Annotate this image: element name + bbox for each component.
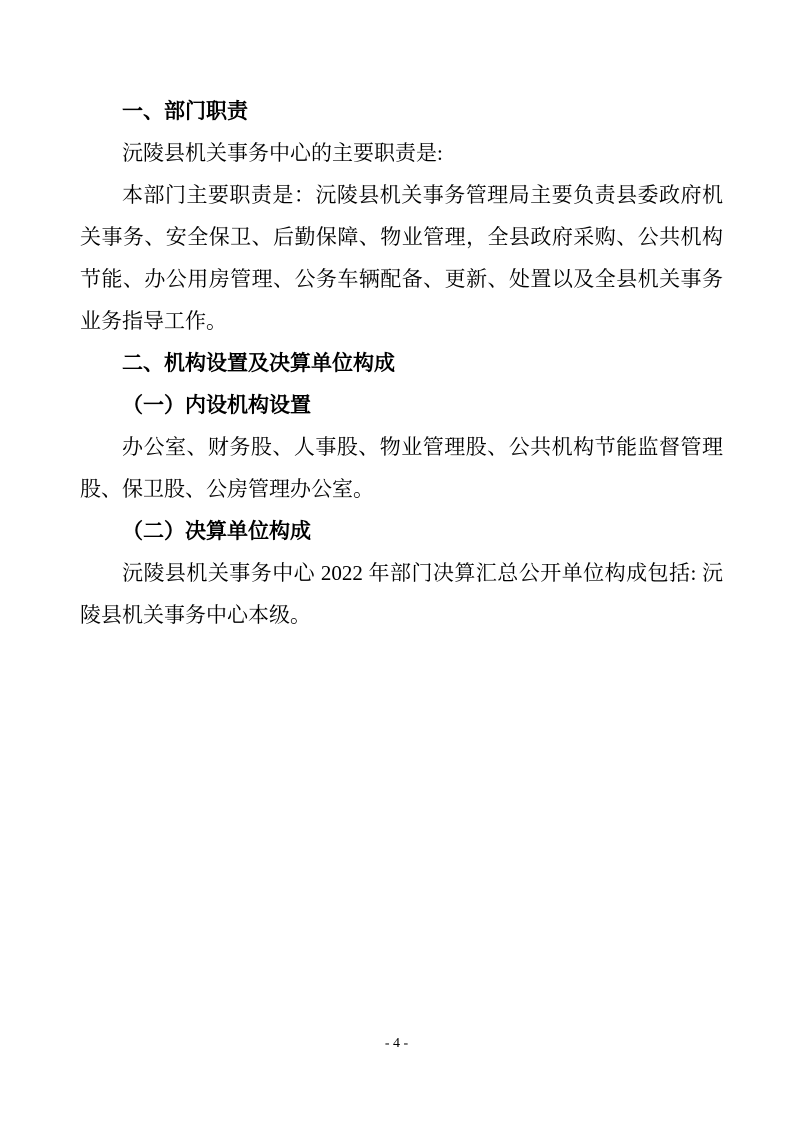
section-heading-department-duties: 一、部门职责 <box>80 90 723 132</box>
section-heading-org-structure: 二、机构设置及决算单位构成 <box>80 342 723 384</box>
paragraph-internal-org-list: 办公室、财务股、人事股、物业管理股、公共机构节能监督管理股、保卫股、公房管理办公… <box>80 426 723 510</box>
paragraph-budget-units-detail: 沅陵县机关事务中心 2022 年部门决算汇总公开单位构成包括: 沅陵县机关事务中… <box>80 552 723 636</box>
paragraph-duties-intro: 沅陵县机关事务中心的主要职责是: <box>80 132 723 174</box>
document-body: 一、部门职责 沅陵县机关事务中心的主要职责是: 本部门主要职责是：沅陵县机关事务… <box>80 90 723 636</box>
paragraph-duties-detail: 本部门主要职责是：沅陵县机关事务管理局主要负责县委政府机关事务、安全保卫、后勤保… <box>80 174 723 342</box>
document-page: 一、部门职责 沅陵县机关事务中心的主要职责是: 本部门主要职责是：沅陵县机关事务… <box>0 0 793 1122</box>
subsection-heading-internal-org: （一）内设机构设置 <box>80 384 723 426</box>
page-number: - 4 - <box>0 1034 793 1054</box>
subsection-heading-budget-units: （二）决算单位构成 <box>80 510 723 552</box>
